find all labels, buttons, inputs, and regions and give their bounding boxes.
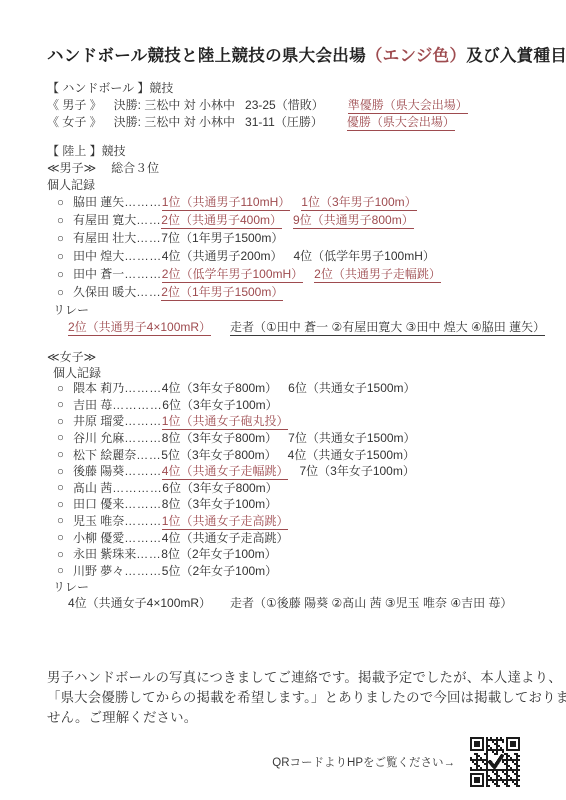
note-line: 男子ハンドボールの写真につきましてご連絡です。掲載予定でしたが、本人達より、 xyxy=(47,668,528,688)
athlete-name: 小柳 優愛 xyxy=(73,531,124,545)
circle-bullet: ○ xyxy=(57,449,64,461)
girls-relay-label: リレー xyxy=(53,580,528,596)
athlete-row: ○田中 煌大………4位（共通男子200m）4位（低学年男子100mH） xyxy=(57,248,528,266)
circle-bullet: ○ xyxy=(57,499,64,511)
leader-dots: …… xyxy=(136,547,161,561)
athlete-name: 有屋田 寛大 xyxy=(73,213,136,227)
boys-overall-rank: 総合３位 xyxy=(111,161,159,175)
athlete-name: 久保田 暖大 xyxy=(73,285,136,299)
boys-records-label: 個人記録 xyxy=(47,177,528,194)
document-page: ハンドボール競技と陸上競技の県大会出場（エンジ色）及び入賞種目 【 ハンドボール… xyxy=(0,0,566,788)
page-title: ハンドボール競技と陸上競技の県大会出場（エンジ色）及び入賞種目 xyxy=(47,42,528,66)
boys-title-text: ≪男子≫ xyxy=(47,161,96,175)
event-result: 1位（3年男子100m） xyxy=(301,196,416,211)
boys-relay-result: 2位（共通男子4×100mR） xyxy=(68,321,211,336)
match-score: 31-11（圧勝） xyxy=(245,115,323,129)
qr-code xyxy=(470,736,520,788)
athlete-row: ○井原 瑠愛………1位（共通女子砲丸投） xyxy=(57,414,528,431)
event-result: 7位（3年女子100m） xyxy=(299,465,414,479)
athlete-row: ○吉田 苺…………6位（3年女子100m） xyxy=(57,398,528,415)
athlete-name: 吉田 苺 xyxy=(73,398,112,412)
athlete-row: ○田中 蒼一………2位（低学年男子100mH）2位（共通男子走幅跳） xyxy=(57,266,528,284)
event-result: 8位（2年女子100m） xyxy=(161,548,276,562)
footer: QRコードよりHPをご覧ください→ xyxy=(47,736,528,788)
circle-bullet: ○ xyxy=(57,287,64,299)
boys-relay-label: リレー xyxy=(53,302,528,319)
athlete-row: ○脇田 蓮矢………1位（共通男子110mH）1位（3年男子100m） xyxy=(57,194,528,212)
circle-bullet: ○ xyxy=(57,549,64,561)
athlete-row: ○川野 夢々………5位（2年女子100m） xyxy=(57,564,528,581)
handball-result-row: 《 女子 》決勝: 三松中 対 小林中31-11（圧勝）優勝（県大会出場） xyxy=(47,114,528,131)
photo-note-paragraph: 男子ハンドボールの写真につきましてご連絡です。掲載予定でしたが、本人達より、 「… xyxy=(47,668,528,728)
athlete-name: 田中 煌大 xyxy=(73,249,124,263)
athlete-name: 脇田 蓮矢 xyxy=(73,195,124,209)
note-line: せん。ご理解ください。 xyxy=(47,708,528,728)
athlete-name: 児玉 唯奈 xyxy=(73,514,124,528)
athlete-row: ○児玉 唯奈………1位（共通女子走高跳） xyxy=(57,514,528,531)
match-detail: 決勝: 三松中 対 小林中 xyxy=(114,115,235,129)
leader-dots: …… xyxy=(136,285,161,299)
event-result: 2位（1年男子1500m） xyxy=(161,286,283,301)
title-accent-text: （エンジ色） xyxy=(366,47,466,65)
event-result: 1位（共通女子砲丸投） xyxy=(162,415,289,430)
leader-dots: ……… xyxy=(124,431,162,445)
leader-dots: …… xyxy=(136,231,161,245)
event-result: 6位（3年女子100m） xyxy=(162,399,277,413)
circle-bullet: ○ xyxy=(57,565,64,577)
event-result: 8位（3年女子800m） xyxy=(162,432,277,446)
boys-relay-result-row: 2位（共通男子4×100mR）走者（①田中 蒼一 ②有屋田寛大 ③田中 煌大 ④… xyxy=(68,319,528,336)
athlete-row: ○髙山 茜…………6位（3年女子800m） xyxy=(57,481,528,498)
athlete-name: 田口 優来 xyxy=(73,497,124,511)
leader-dots: …… xyxy=(136,448,161,462)
event-result: 5位（3年女子800m） xyxy=(161,449,276,463)
girls-relay-result-row: 4位（共通女子4×100mR）走者（①後藤 陽葵 ②髙山 茜 ③児玉 唯奈 ④吉… xyxy=(68,596,528,612)
leader-dots: ……… xyxy=(124,381,162,395)
event-result: 7位（1年男子1500m） xyxy=(161,232,283,246)
athlete-row: ○久保田 暖大……2位（1年男子1500m） xyxy=(57,284,528,302)
event-result: 1位（共通男子110mH） xyxy=(162,196,290,211)
circle-bullet: ○ xyxy=(57,269,64,281)
title-text: ハンドボール競技と陸上競技の県大会出場 xyxy=(47,47,366,65)
athlete-name: 有屋田 壮大 xyxy=(73,231,136,245)
leader-dots: ………… xyxy=(112,398,162,412)
team-label: 《 男子 》 xyxy=(47,98,102,112)
girls-records-label: 個人記録 xyxy=(53,366,528,382)
boys-individual-records: ○脇田 蓮矢………1位（共通男子110mH）1位（3年男子100m）○有屋田 寛… xyxy=(47,194,528,302)
girls-individual-records: ○隈本 莉乃………4位（3年女子800m）6位（共通女子1500m）○吉田 苺…… xyxy=(47,381,528,580)
leader-dots: ……… xyxy=(124,267,162,281)
circle-bullet: ○ xyxy=(57,197,64,209)
circle-bullet: ○ xyxy=(57,399,64,411)
athlete-row: ○有屋田 壮大……7位（1年男子1500m） xyxy=(57,230,528,248)
leader-dots: ……… xyxy=(124,249,162,263)
athlete-row: ○谷川 允麻………8位（3年女子800m）7位（共通女子1500m） xyxy=(57,431,528,448)
leader-dots: ……… xyxy=(124,464,162,478)
leader-dots: …… xyxy=(136,213,161,227)
athlete-name: 永田 紫珠来 xyxy=(73,547,136,561)
event-result: 2位（低学年男子100mH） xyxy=(162,268,303,283)
match-score: 23-25（惜敗） xyxy=(245,98,324,112)
event-result: 4位（3年女子800m） xyxy=(162,382,277,396)
athlete-row: ○隈本 莉乃………4位（3年女子800m）6位（共通女子1500m） xyxy=(57,381,528,398)
title-suffix-text: 及び入賞種目 xyxy=(466,47,566,65)
athlete-row: ○永田 紫珠来……8位（2年女子100m） xyxy=(57,547,528,564)
team-label: 《 女子 》 xyxy=(47,115,102,129)
event-result: 8位（3年女子100m） xyxy=(162,498,277,512)
athlete-name: 谷川 允麻 xyxy=(73,431,124,445)
handball-result-row: 《 男子 》決勝: 三松中 対 小林中23-25（惜敗）準優勝（県大会出場） xyxy=(47,97,528,114)
event-result: 4位（低学年男子100mH） xyxy=(294,250,435,264)
tournament-result: 優勝（県大会出場） xyxy=(347,116,455,131)
athlete-row: ○田口 優来………8位（3年女子100m） xyxy=(57,497,528,514)
event-result: 2位（共通男子400m） xyxy=(161,214,282,229)
event-result: 6位（3年女子800m） xyxy=(162,482,277,496)
circle-bullet: ○ xyxy=(57,432,64,444)
athlete-row: ○後藤 陽葵………4位（共通女子走幅跳）7位（3年女子100m） xyxy=(57,464,528,481)
leader-dots: ……… xyxy=(124,414,162,428)
girls-group-title: ≪女子≫ xyxy=(47,350,528,366)
track-section-header: 【 陸上 】競技 xyxy=(47,143,528,160)
leader-dots: ……… xyxy=(124,514,162,528)
match-detail: 決勝: 三松中 対 小林中 xyxy=(114,98,235,112)
qr-instruction-label: QRコードよりHPをご覧ください→ xyxy=(272,754,455,770)
athlete-row: ○松下 絵麗奈……5位（3年女子800m）4位（共通女子1500m） xyxy=(57,448,528,465)
event-result: 4位（共通女子走幅跳） xyxy=(162,465,289,480)
circle-bullet: ○ xyxy=(57,482,64,494)
girls-track-block: ≪女子≫ 個人記録 ○隈本 莉乃………4位（3年女子800m）6位（共通女子15… xyxy=(47,350,528,612)
circle-bullet: ○ xyxy=(57,251,64,263)
handball-section-header: 【 ハンドボール 】競技 xyxy=(47,80,528,97)
tournament-result: 準優勝（県大会出場） xyxy=(348,99,468,114)
leader-dots: ……… xyxy=(124,564,162,578)
boys-relay-runners: 走者（①田中 蒼一 ②有屋田寛大 ③田中 煌大 ④脇田 蓮矢） xyxy=(230,321,545,336)
leader-dots: ………… xyxy=(112,481,162,495)
athlete-name: 隈本 莉乃 xyxy=(73,381,124,395)
leader-dots: ……… xyxy=(124,531,162,545)
circle-bullet: ○ xyxy=(57,532,64,544)
circle-bullet: ○ xyxy=(57,233,64,245)
athlete-row: ○有屋田 寛大……2位（共通男子400m）9位（共通男子800m） xyxy=(57,212,528,230)
event-result: 9位（共通男子800m） xyxy=(293,214,414,229)
athlete-name: 髙山 茜 xyxy=(73,481,112,495)
event-result: 2位（共通男子走幅跳） xyxy=(314,268,441,283)
note-line: 「県大会優勝してからの掲載を希望します。」とありましたので今回は掲載しておりま xyxy=(47,688,528,708)
boys-group-title: ≪男子≫総合３位 xyxy=(47,160,528,177)
athlete-name: 井原 瑠愛 xyxy=(73,414,124,428)
girls-relay-result: 4位（共通女子4×100mR） xyxy=(68,597,211,611)
athlete-name: 松下 絵麗奈 xyxy=(73,448,136,462)
athlete-name: 後藤 陽葵 xyxy=(73,464,124,478)
boys-track-block: ≪男子≫総合３位 個人記録 ○脇田 蓮矢………1位（共通男子110mH）1位（3… xyxy=(47,160,528,336)
event-result: 4位（共通女子走高跳） xyxy=(162,532,289,546)
event-result: 4位（共通男子200m） xyxy=(162,250,283,264)
circle-bullet: ○ xyxy=(57,215,64,227)
event-result: 7位（共通女子1500m） xyxy=(288,432,415,446)
handball-results: 《 男子 》決勝: 三松中 対 小林中23-25（惜敗）準優勝（県大会出場）《 … xyxy=(47,97,528,131)
event-result: 4位（共通女子1500m） xyxy=(288,449,415,463)
circle-bullet: ○ xyxy=(57,515,64,527)
event-result: 5位（2年女子100m） xyxy=(162,565,277,579)
event-result: 1位（共通女子走高跳） xyxy=(162,515,289,530)
athlete-row: ○小柳 優愛………4位（共通女子走高跳） xyxy=(57,531,528,548)
circle-bullet: ○ xyxy=(57,416,64,428)
leader-dots: ……… xyxy=(124,195,162,209)
athlete-name: 田中 蒼一 xyxy=(73,267,124,281)
girls-relay-runners: 走者（①後藤 陽葵 ②髙山 茜 ③児玉 唯奈 ④吉田 苺） xyxy=(230,596,512,610)
circle-bullet: ○ xyxy=(57,466,64,478)
leader-dots: ……… xyxy=(124,497,162,511)
circle-bullet: ○ xyxy=(57,383,64,395)
athlete-name: 川野 夢々 xyxy=(73,564,124,578)
event-result: 6位（共通女子1500m） xyxy=(288,382,415,396)
